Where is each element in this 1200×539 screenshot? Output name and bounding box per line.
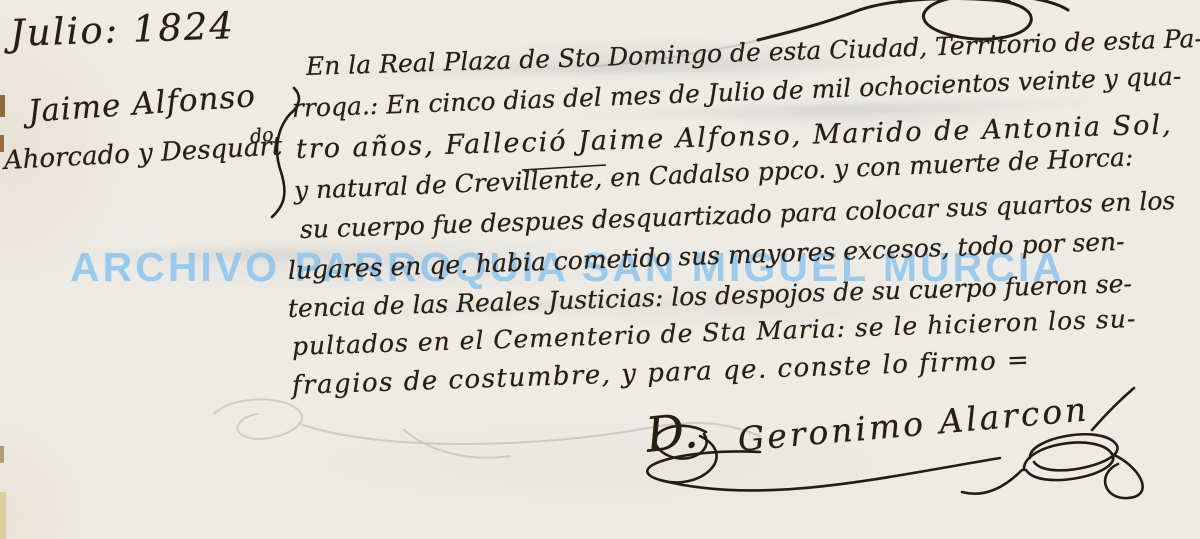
- signature-prefix: D.: [643, 403, 701, 464]
- margin-note-superscript: do: [249, 124, 275, 148]
- margin-cause-note: Ahorcado y Desquart: [3, 131, 283, 176]
- margin-deceased-name: Jaime Alfonso: [27, 78, 257, 130]
- binding-mark: [0, 95, 5, 117]
- signature-name: Geronimo Alarcon: [736, 389, 1090, 459]
- manuscript-page: ARCHIVO PARROQUIA SAN MIGUEL MURCIA Juli…: [0, 0, 1200, 539]
- margin-month-year: Julio: 1824: [9, 4, 235, 55]
- page-edge-strip: [0, 492, 6, 539]
- binding-mark: [0, 446, 4, 463]
